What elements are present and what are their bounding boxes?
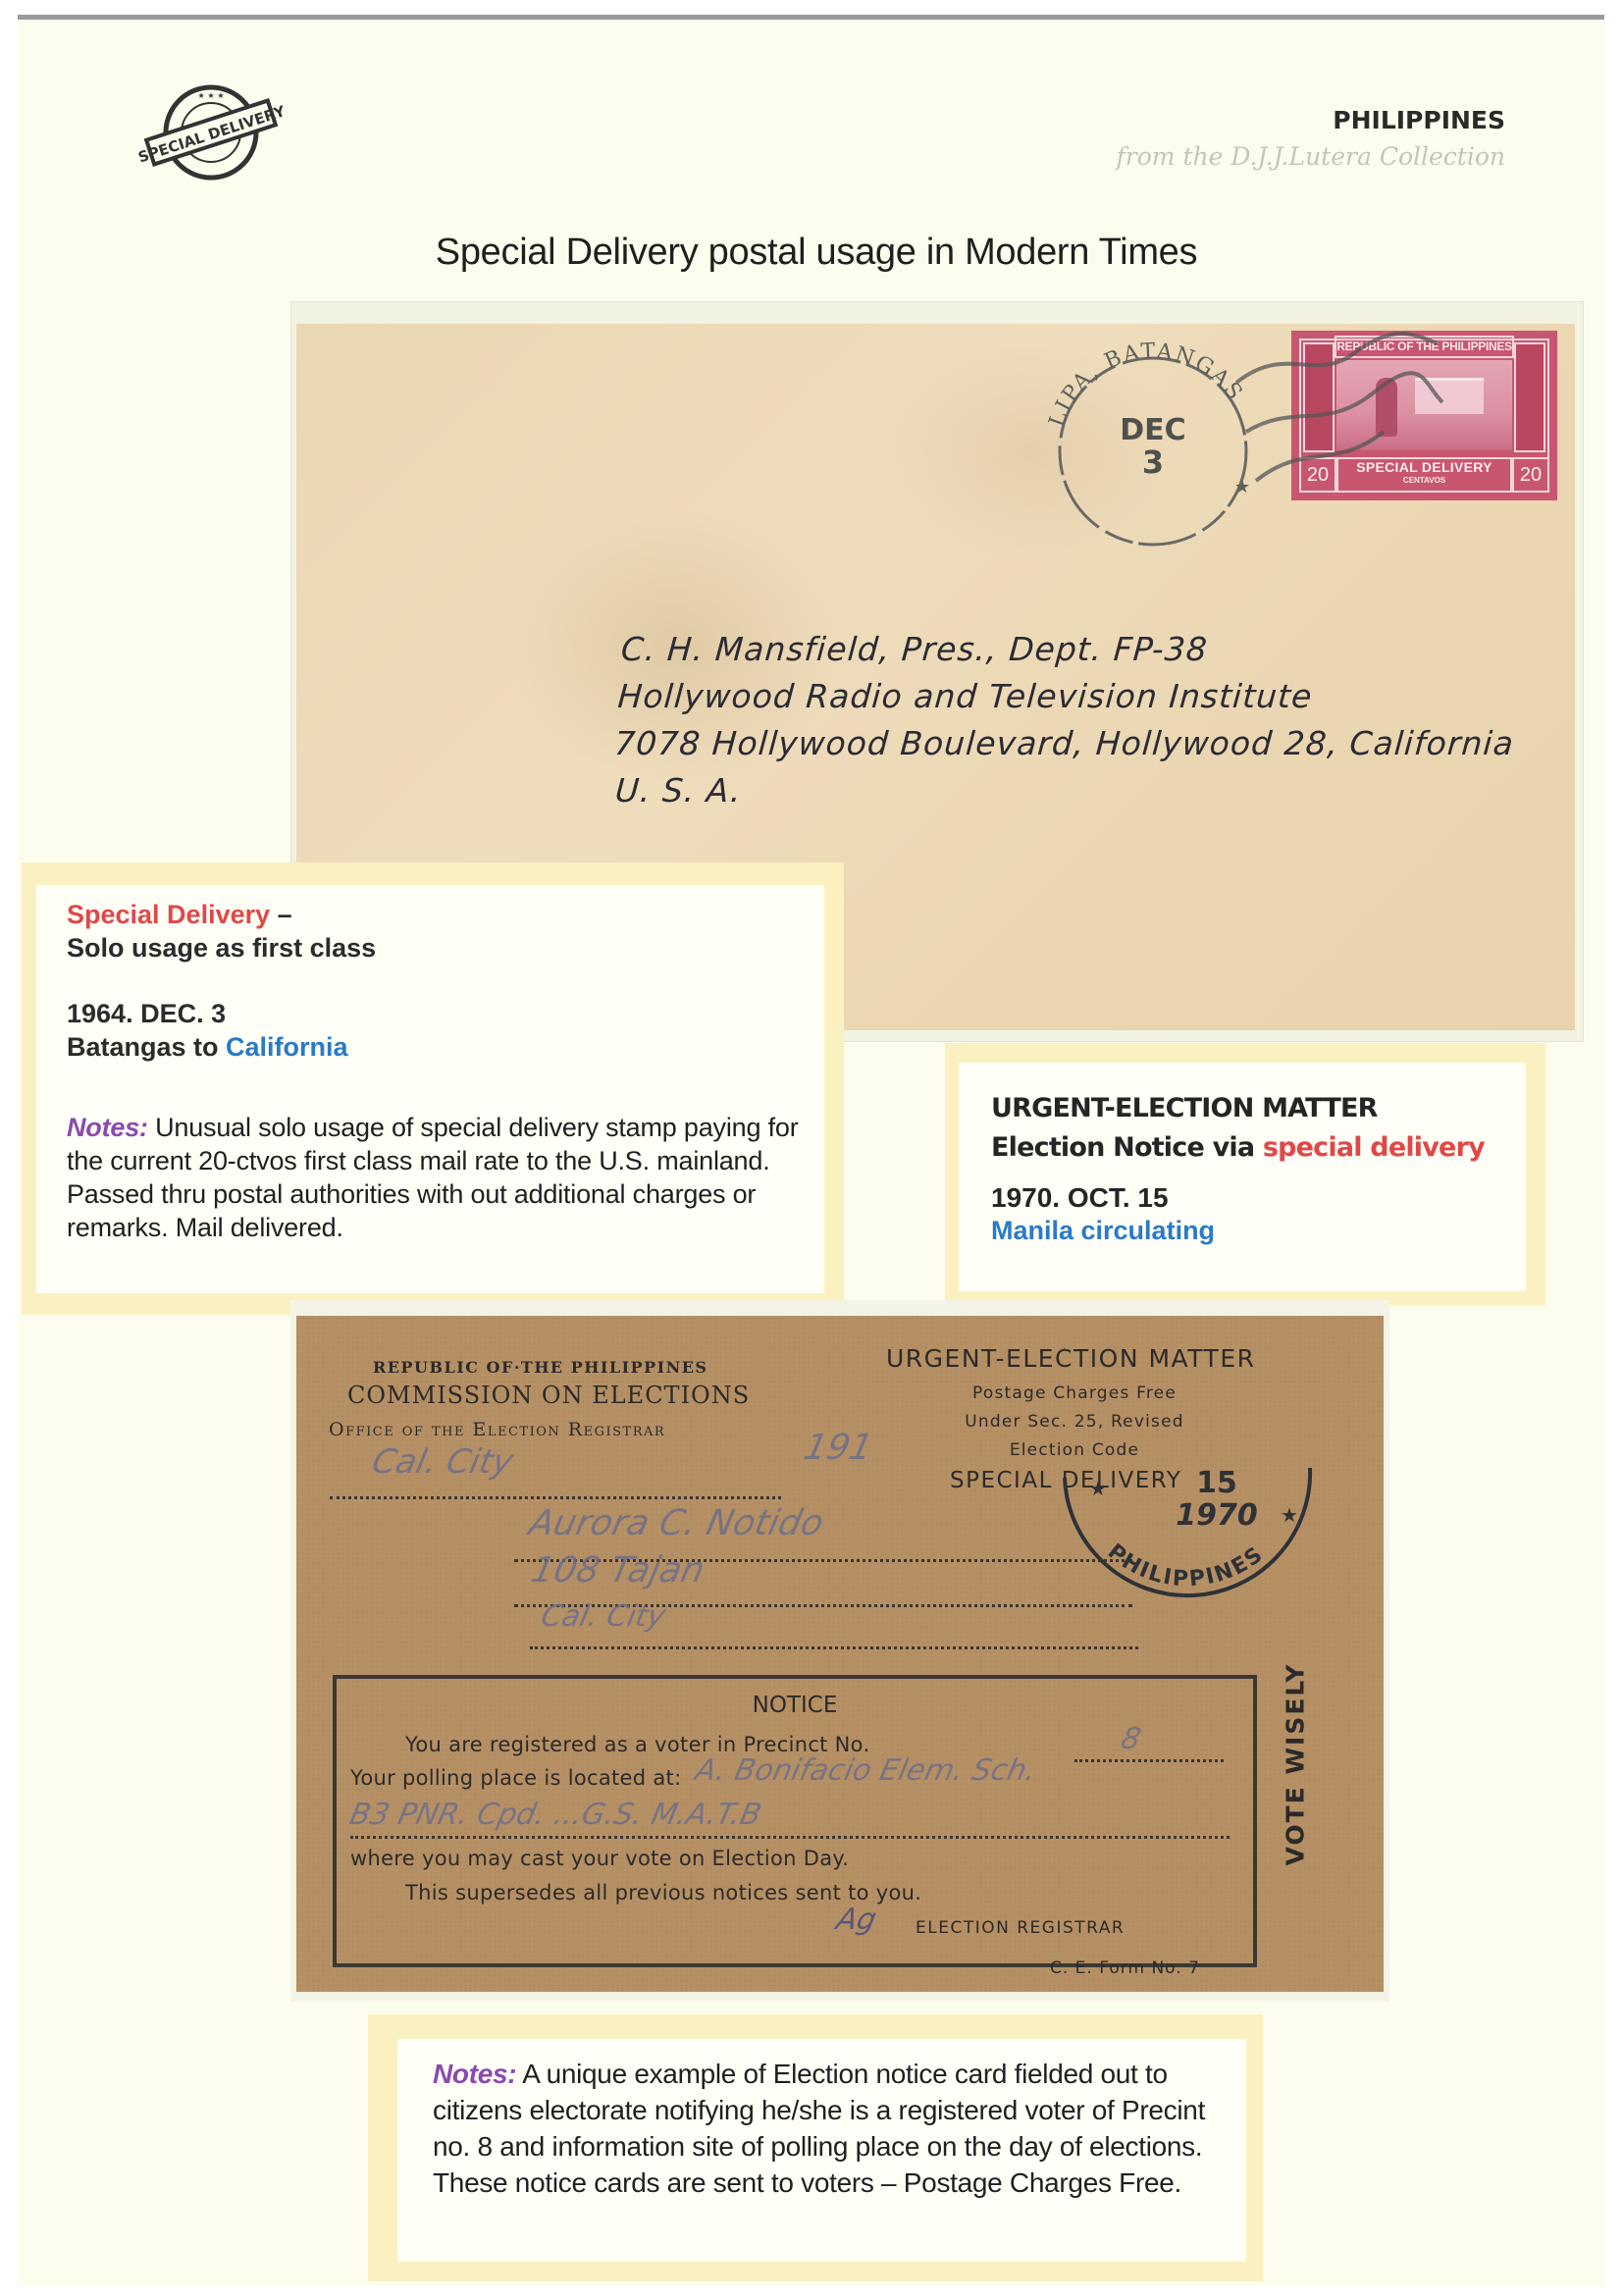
card-postage-line: Under Sec. 25, Revised — [922, 1412, 1227, 1432]
svg-text:★ ★ ★: ★ ★ ★ — [197, 91, 224, 100]
special-delivery-seal-icon: SPECIAL DELIVERY ★ ★ ★ — [137, 78, 285, 186]
stamp-value-right: 20 — [1512, 457, 1549, 493]
handwritten-polling-place: A. Bonifacio Elem. Sch. — [692, 1753, 1039, 1788]
card-label-date: 1970. OCT. 15 — [991, 1181, 1485, 1215]
precinct-field — [1074, 1759, 1224, 1762]
polling-field — [350, 1836, 1230, 1839]
handwritten-name: Aurora C. Notido — [526, 1503, 827, 1543]
card-notes: Notes: A unique example of Election noti… — [433, 2056, 1237, 2201]
svg-text:DEC: DEC — [1120, 413, 1185, 447]
philippines-postmark-icon: PHILIPPINES 15 1970 ★ ★ — [1050, 1438, 1344, 1635]
vote-wisely-text: VOTE WISELY — [1266, 1617, 1325, 1911]
label-date: 1964. DEC. 3 — [67, 997, 812, 1030]
handwritten-city: Cal. City — [369, 1442, 517, 1482]
label-notes: Notes: Unusual solo usage of special del… — [67, 1111, 812, 1244]
notice-box: NOTICE You are registered as a voter in … — [333, 1675, 1257, 1967]
collection-credit: from the D.J.J.Lutera Collection — [1117, 142, 1505, 171]
svg-text:3: 3 — [1142, 444, 1164, 481]
handwritten-number: 191 — [801, 1428, 876, 1468]
card-republic: REPUBLIC OF·THE PHILIPPINES — [373, 1358, 707, 1377]
envelope-description: Special Delivery – Solo usage as first c… — [67, 898, 812, 1244]
notice-polling-line: Your polling place is located at: — [350, 1766, 681, 1790]
country-heading: PHILIPPINES — [1333, 106, 1505, 134]
form-number: C. E. Form No. 7 — [1050, 1958, 1200, 1978]
svg-text:★: ★ — [1089, 1479, 1107, 1500]
card-label-route: Manila circulating — [991, 1215, 1485, 1246]
card-description: URGENT-ELECTION MATTER Election Notice v… — [991, 1089, 1485, 1246]
card-commission: COMMISSION ON ELECTIONS — [347, 1382, 750, 1409]
label-destination: California — [226, 1032, 348, 1062]
page-title: Special Delivery postal usage in Modern … — [0, 232, 1623, 274]
svg-text:★: ★ — [1281, 1505, 1298, 1527]
wavy-cancel-icon — [1227, 324, 1462, 520]
handwritten-address: C. H. Mansfield, Pres., Dept. FP-38 Holl… — [609, 626, 1522, 814]
notice-title: NOTICE — [337, 1693, 1253, 1718]
address-line — [530, 1646, 1138, 1649]
svg-text:1970: 1970 — [1176, 1498, 1258, 1533]
card-label-heading: URGENT-ELECTION MATTER — [991, 1089, 1485, 1128]
notice-supersedes-line: This supersedes all previous notices sen… — [405, 1881, 921, 1905]
handwritten-city-2: Cal. City — [538, 1599, 668, 1634]
notice-election-day-line: where you may cast your vote on Election… — [350, 1847, 849, 1870]
label-subtitle: Solo usage as first class — [67, 931, 812, 965]
stamp-palm-border — [1514, 342, 1545, 452]
label-title: Special Delivery — [67, 900, 270, 929]
election-registrar: ELECTION REGISTRAR — [916, 1918, 1125, 1938]
card-urgent-heading: URGENT-ELECTION MATTER — [886, 1344, 1255, 1373]
handwritten-street: 108 Tajan — [528, 1550, 708, 1591]
svg-text:15: 15 — [1196, 1466, 1237, 1500]
handwritten-precinct: 8 — [1118, 1722, 1144, 1756]
address-line — [330, 1496, 781, 1499]
card-postage-line: Postage Charges Free — [922, 1383, 1227, 1403]
handwritten-polling-place-2: B3 PNR. Cpd. ...G.S. M.A.T.B — [346, 1798, 764, 1832]
card-office: Office of the Election Registrar — [329, 1419, 665, 1440]
registrar-signature: Ag — [833, 1903, 879, 1937]
